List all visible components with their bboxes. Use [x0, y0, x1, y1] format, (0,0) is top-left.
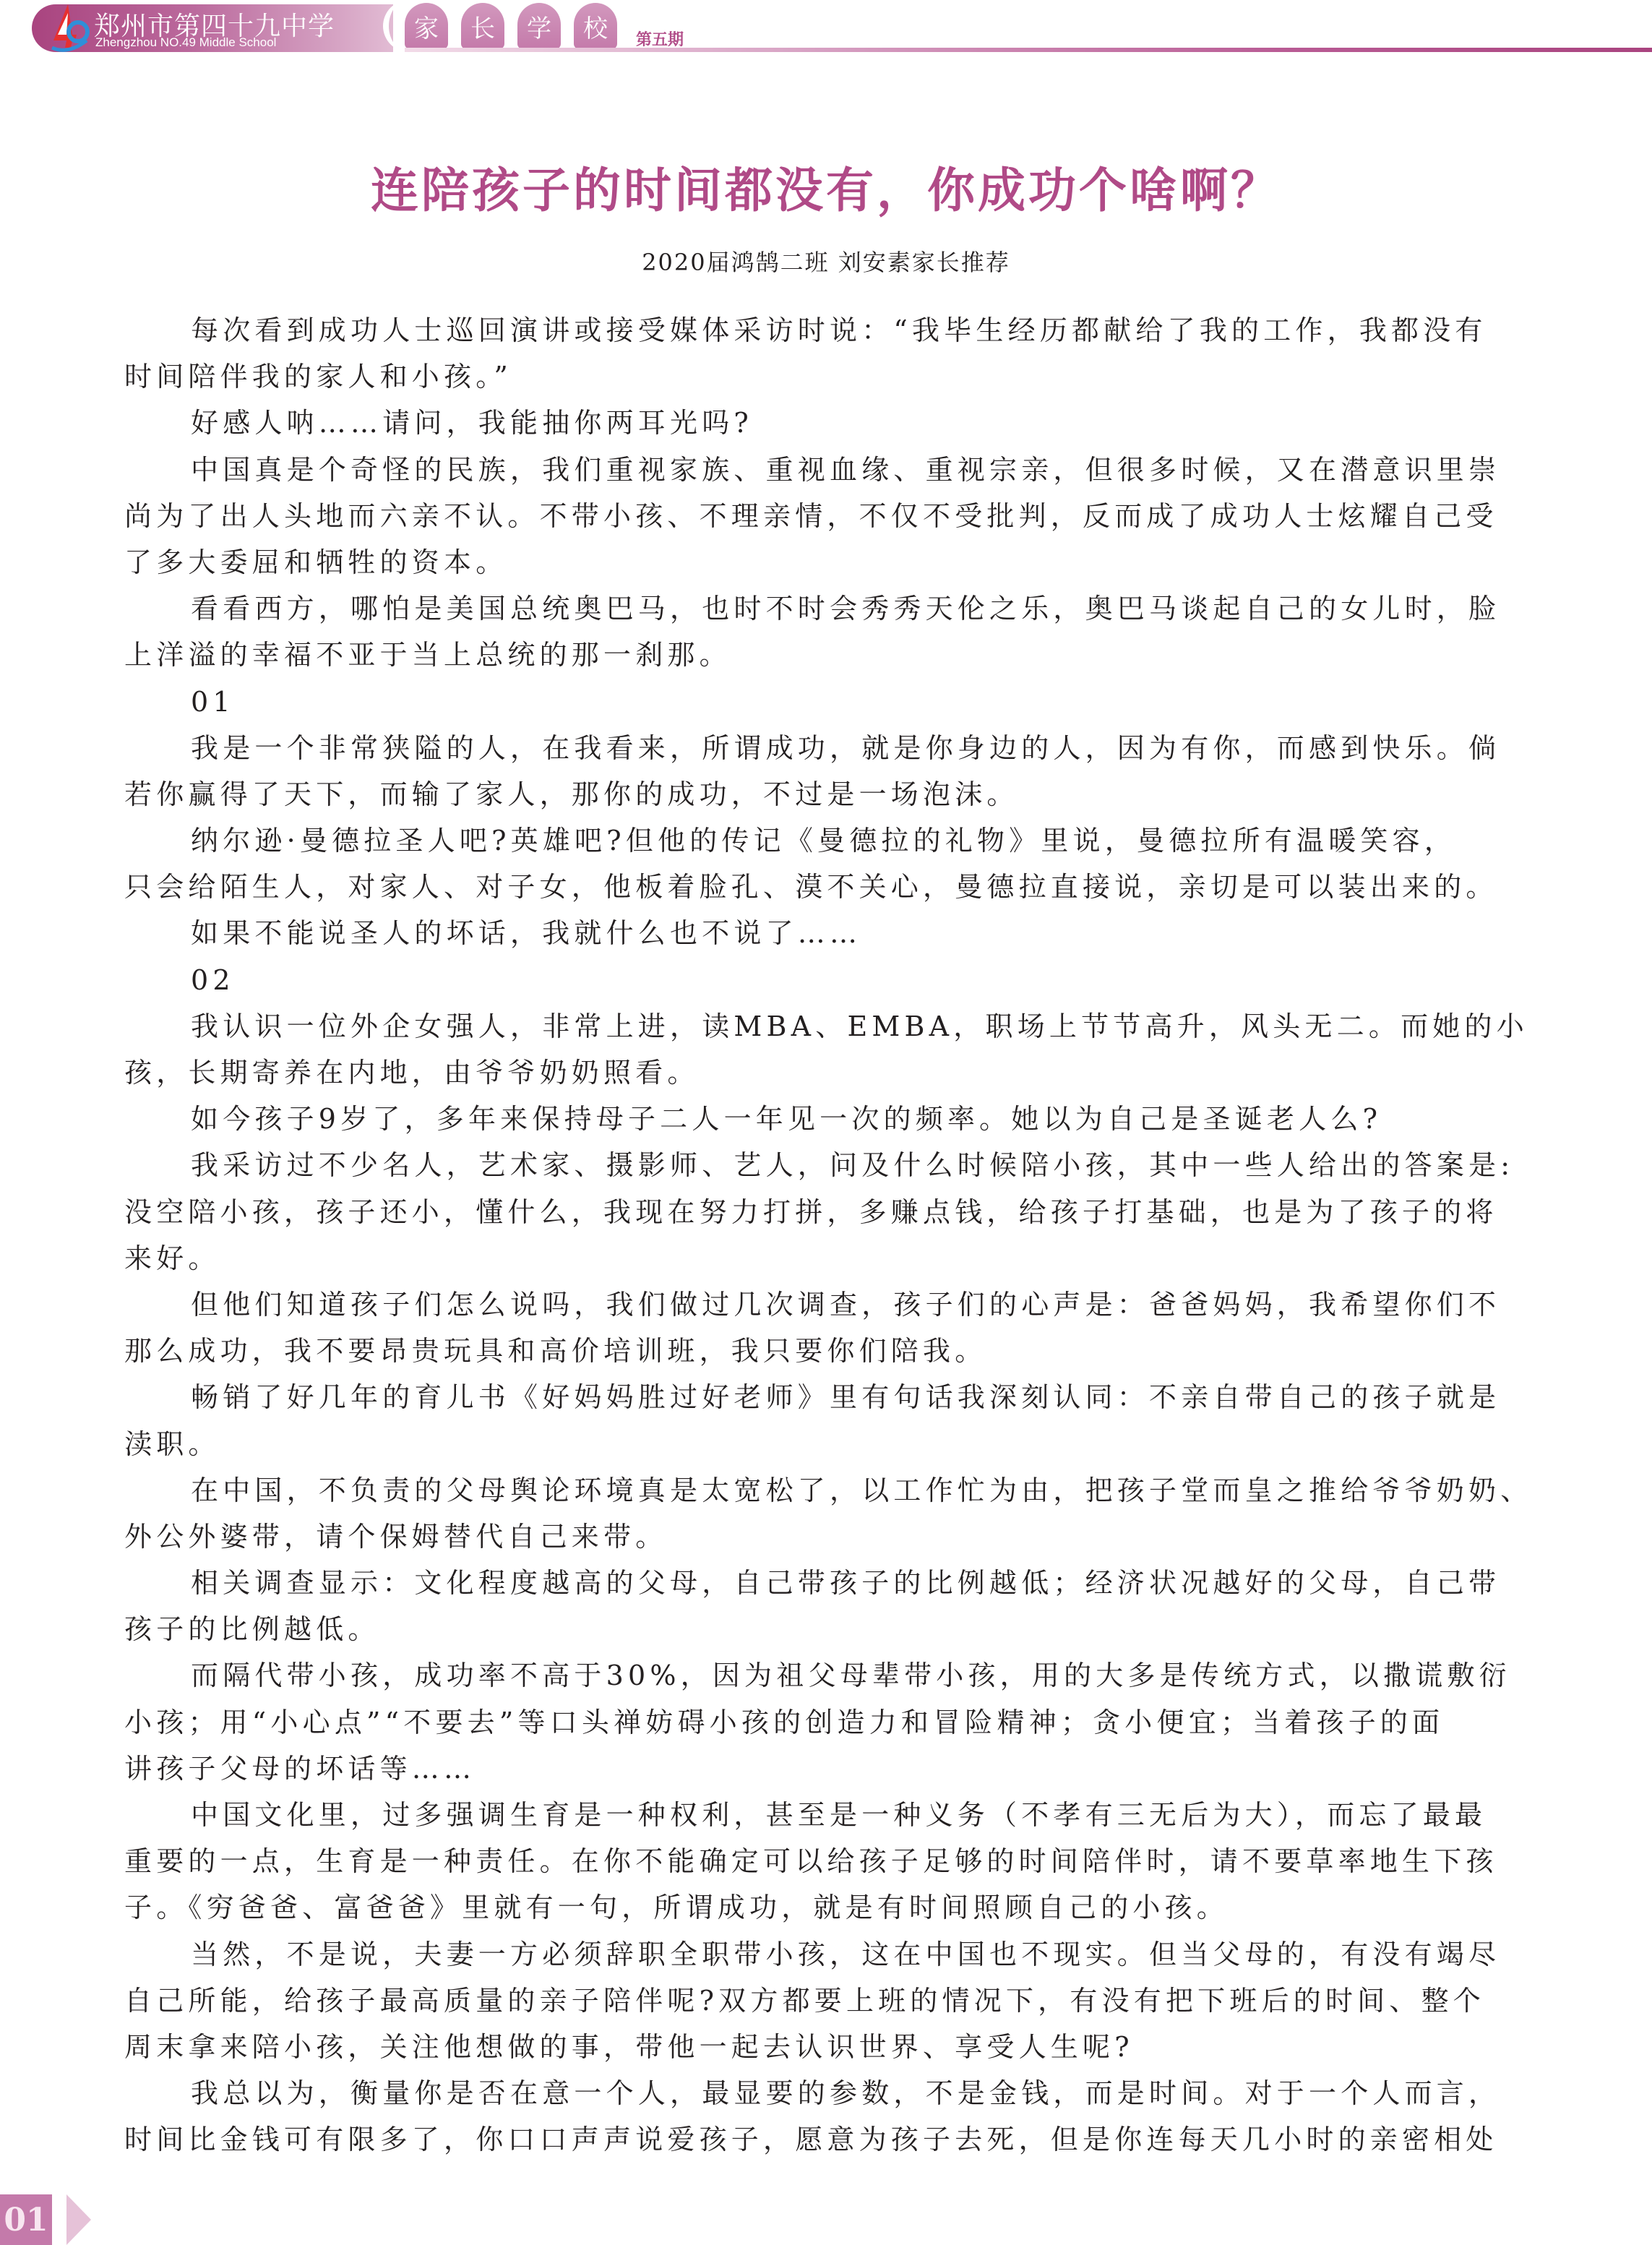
text-line: 01	[124, 679, 1490, 725]
text-line: 自己所能，给孩子最高质量的亲子陪伴呢?双方都要上班的情况下，有没有把下班后的时间…	[124, 1978, 1490, 2024]
section-char-zhang: 长	[461, 3, 504, 49]
text-line: 我认识一位外企女强人，非常上进，读MBA、EMBA，职场上节节高升，风头无二。而…	[124, 1003, 1490, 1049]
text-line: 周末拿来陪小孩，关注他想做的事，带他一起去认识世界、享受人生呢?	[124, 2024, 1490, 2070]
text-line: 看看西方，哪怕是美国总统奥巴马，也时不时会秀秀天伦之乐，奥巴马谈起自己的女儿时，…	[124, 585, 1490, 632]
text-line: 尚为了出人头地而六亲不认。不带小孩、不理亲情，不仅不受批判，反而成了成功人士炫耀…	[124, 493, 1490, 539]
text-line: 在中国，不负责的父母舆论环境真是太宽松了，以工作忙为由，把孩子堂而皇之推给爷爷奶…	[124, 1467, 1490, 1514]
text-line: 渎职。	[124, 1421, 1490, 1467]
text-line: 我总以为，衡量你是否在意一个人，最显要的参数，不是金钱，而是时间。对于一个人而言…	[124, 2070, 1490, 2116]
text-line: 来好。	[124, 1235, 1490, 1282]
text-line: 中国真是个奇怪的民族，我们重视家族、重视血缘、重视宗亲，但很多时候，又在潜意识里…	[124, 447, 1490, 493]
article-byline: 2020届鸿鹄二班 刘安素家长推荐	[0, 244, 1652, 278]
text-line: 孩子的比例越低。	[124, 1606, 1490, 1652]
section-char-xiao: 校	[574, 3, 617, 49]
text-line: 中国文化里，过多强调生育是一种权利，甚至是一种义务（不孝有三无后为大），而忘了最…	[124, 1792, 1490, 1838]
issue-number: 第五期	[636, 27, 684, 50]
article-title: 连陪孩子的时间都没有，你成功个啥啊？	[0, 152, 1652, 220]
text-line: 纳尔逊·曼德拉圣人吧?英雄吧?但他的传记《曼德拉的礼物》里说，曼德拉所有温暖笑容…	[124, 817, 1490, 864]
text-line: 但他们知道孩子们怎么说吗，我们做过几次调查，孩子们的心声是：爸爸妈妈，我希望你们…	[124, 1282, 1490, 1328]
text-line: 畅销了好几年的育儿书《好妈妈胜过好老师》里有句话我深刻认同：不亲自带自己的孩子就…	[124, 1374, 1490, 1420]
text-line: 孩，长期寄养在内地，由爷爷奶奶照看。	[124, 1049, 1490, 1096]
text-line: 讲孩子父母的坏话等……	[124, 1746, 1490, 1792]
text-line: 而隔代带小孩，成功率不高于30%，因为祖父母辈带小孩，用的大多是传统方式，以撒谎…	[124, 1652, 1490, 1699]
section-title-circles: 家 长 学 校	[405, 3, 617, 49]
text-line: 每次看到成功人士巡回演讲或接受媒体采访时说：“我毕生经历都献给了我的工作，我都没…	[124, 307, 1490, 353]
text-line: 那么成功，我不要昂贵玩具和高价培训班，我只要你们陪我。	[124, 1328, 1490, 1374]
text-line: 相关调查显示：文化程度越高的父母，自己带孩子的比例越低；经济状况越好的父母，自己…	[124, 1560, 1490, 1606]
text-line: 只会给陌生人，对家人、对子女，他板着脸孔、漠不关心，曼德拉直接说，亲切是可以装出…	[124, 864, 1490, 910]
text-line: 我采访过不少名人，艺术家、摄影师、艺人，问及什么时候陪小孩，其中一些人给出的答案…	[124, 1142, 1490, 1188]
text-line: 上洋溢的幸福不亚于当上总统的那一刹那。	[124, 632, 1490, 678]
text-line: 时间陪伴我的家人和小孩。”	[124, 353, 1490, 400]
school-name-en: Zhengzhou NO.49 Middle School	[95, 35, 276, 50]
page-arrow-icon	[66, 2194, 91, 2245]
section-char-xue: 学	[517, 3, 561, 49]
article-body: 每次看到成功人士巡回演讲或接受媒体采访时说：“我毕生经历都献给了我的工作，我都没…	[124, 307, 1490, 2163]
section-char-jia: 家	[405, 3, 448, 49]
text-line: 我是一个非常狭隘的人，在我看来，所谓成功，就是你身边的人，因为有你，而感到快乐。…	[124, 725, 1490, 771]
text-line: 好感人呐……请问，我能抽你两耳光吗?	[124, 400, 1490, 446]
text-line: 小孩；用“小心点”“不要去”等口头禅妨碍小孩的创造力和冒险精神；贪小便宜；当着孩…	[124, 1699, 1490, 1746]
text-line: 外公外婆带，请个保姆替代自己来带。	[124, 1514, 1490, 1560]
text-line: 没空陪小孩，孩子还小，懂什么，我现在努力打拼，多赚点钱，给孩子打基础，也是为了孩…	[124, 1189, 1490, 1235]
text-line: 当然，不是说，夫妻一方必须辞职全职带小孩，这在中国也不现实。但当父母的，有没有竭…	[124, 1931, 1490, 1978]
header-rule	[405, 48, 1652, 52]
school-49-logo-icon	[46, 3, 90, 53]
text-line: 子。《穷爸爸、富爸爸》里就有一句，所谓成功，就是有时间照顾自己的小孩。	[124, 1884, 1490, 1931]
page-number: 01	[0, 2194, 52, 2245]
text-line: 了多大委屈和牺牲的资本。	[124, 539, 1490, 585]
text-line: 如今孩子9岁了，多年来保持母子二人一年见一次的频率。她以为自己是圣诞老人么?	[124, 1096, 1490, 1142]
text-line: 时间比金钱可有限多了，你口口声声说爱孩子，愿意为孩子去死，但是你连每天几小时的亲…	[124, 2116, 1490, 2163]
text-line: 重要的一点，生育是一种责任。在你不能确定可以给孩子足够的时间陪伴时，请不要草率地…	[124, 1838, 1490, 1884]
text-line: 02	[124, 957, 1490, 1003]
text-line: 若你赢得了天下，而输了家人，那你的成功，不过是一场泡沫。	[124, 771, 1490, 817]
text-line: 如果不能说圣人的坏话，我就什么也不说了……	[124, 910, 1490, 956]
